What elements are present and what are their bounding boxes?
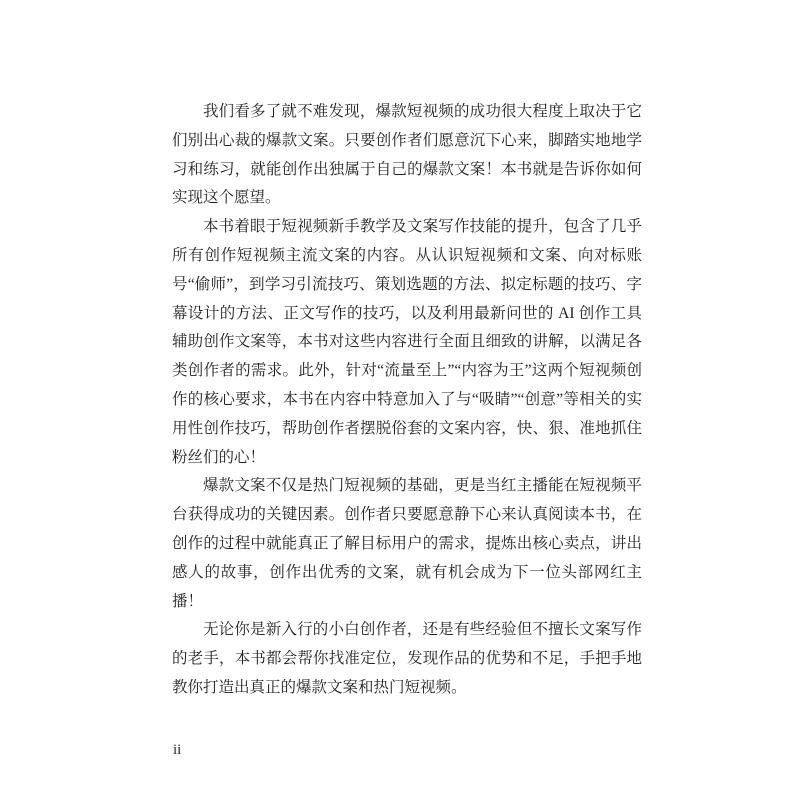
paragraph: 我们看多了就不难发现，爆款短视频的成功很大程度上取决于它们别出心裁的爆款文案。只… bbox=[172, 98, 642, 213]
paragraph: 无论你是新入行的小白创作者，还是有些经验但不擅长文案写作的老手，本书都会帮你找准… bbox=[172, 616, 642, 702]
paragraph: 爆款文案不仅是热门短视频的基础，更是当红主播能在短视频平台获得成功的关键因素。创… bbox=[172, 472, 642, 616]
paragraph: 本书着眼于短视频新手教学及文案写作技能的提升，包含了几乎所有创作短视频主流文案的… bbox=[172, 213, 642, 472]
body-text: 我们看多了就不难发现，爆款短视频的成功很大程度上取决于它们别出心裁的爆款文案。只… bbox=[172, 98, 642, 703]
page-number: ii bbox=[173, 740, 181, 760]
book-page: 我们看多了就不难发现，爆款短视频的成功很大程度上取决于它们别出心裁的爆款文案。只… bbox=[0, 0, 800, 800]
